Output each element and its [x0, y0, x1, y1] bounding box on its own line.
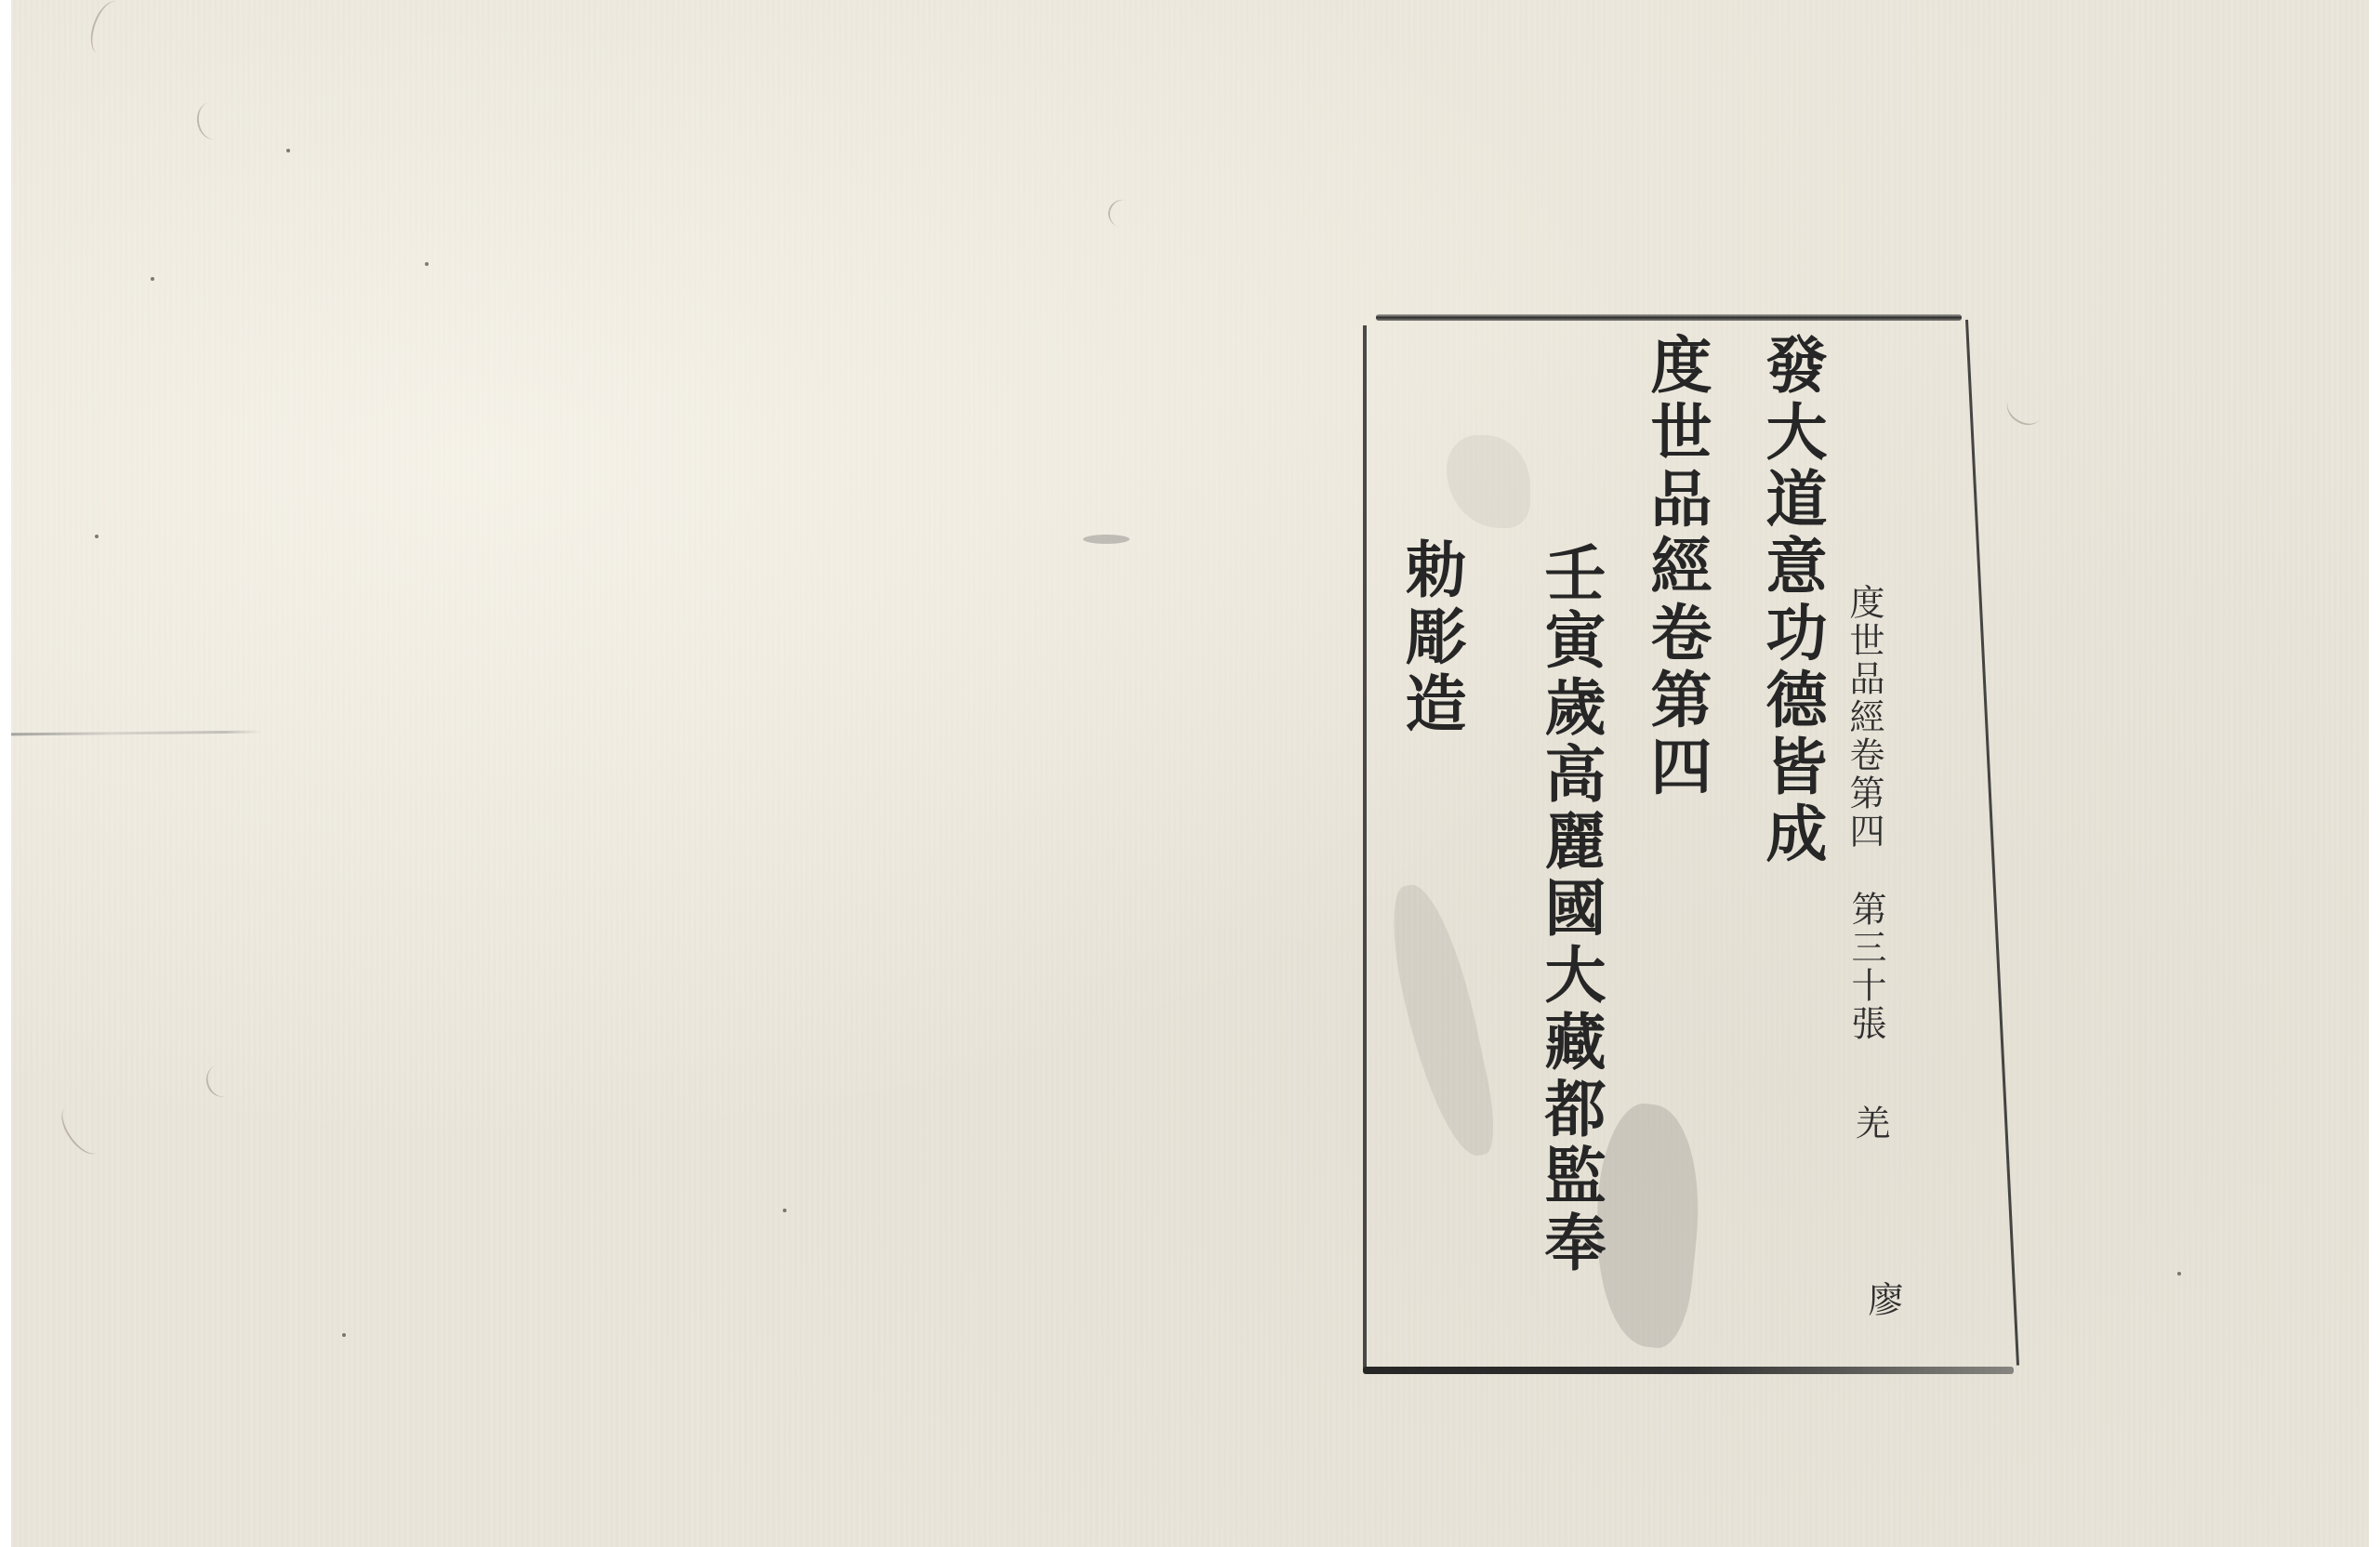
margin-mark: 羌	[1852, 1104, 1887, 1143]
paper-speck	[286, 149, 290, 152]
text-column-colophon-continued: 勅彫造	[1400, 537, 1461, 738]
paper-speck	[425, 262, 429, 266]
ink-stain	[1382, 878, 1503, 1164]
text-column-sutra-title: 度世品經卷第四	[1646, 333, 1707, 801]
frame-border-left	[1363, 325, 1367, 1370]
paper-speck	[151, 277, 154, 281]
paper-fiber	[1105, 196, 1142, 231]
frame-border-top	[1376, 314, 1962, 321]
frame-border-bottom	[1363, 1367, 2014, 1374]
paper-fiber	[202, 1061, 241, 1102]
margin-title: 度世品經卷第四	[1846, 584, 1882, 851]
ink-stain	[1447, 435, 1530, 528]
margin-sheet-number: 第三十張	[1848, 891, 1884, 1043]
paper-fiber	[85, 0, 132, 59]
text-column-colophon: 壬寅歲高麗國大藏都監奉	[1540, 541, 1601, 1277]
ink-smudge	[1083, 535, 1130, 544]
paper-fiber	[194, 100, 230, 142]
paper-speck	[2177, 1272, 2181, 1276]
paper-speck	[95, 535, 99, 538]
paper-speck	[783, 1209, 787, 1212]
paper-fiber	[54, 1098, 111, 1161]
paper-speck	[342, 1333, 346, 1337]
printed-block-frame: 發大道意功德皆成 度世品經卷第四 壬寅歲高麗國大藏都監奉 勅彫造 度世品經卷第四…	[1363, 314, 2014, 1372]
text-column-closing-verse: 發大道意功德皆成	[1761, 333, 1822, 868]
margin-carver-name: 廖	[1865, 1281, 1900, 1319]
frame-border-right	[1965, 320, 2019, 1366]
page-canvas: 發大道意功德皆成 度世品經卷第四 壬寅歲高麗國大藏都監奉 勅彫造 度世品經卷第四…	[0, 0, 2380, 1547]
